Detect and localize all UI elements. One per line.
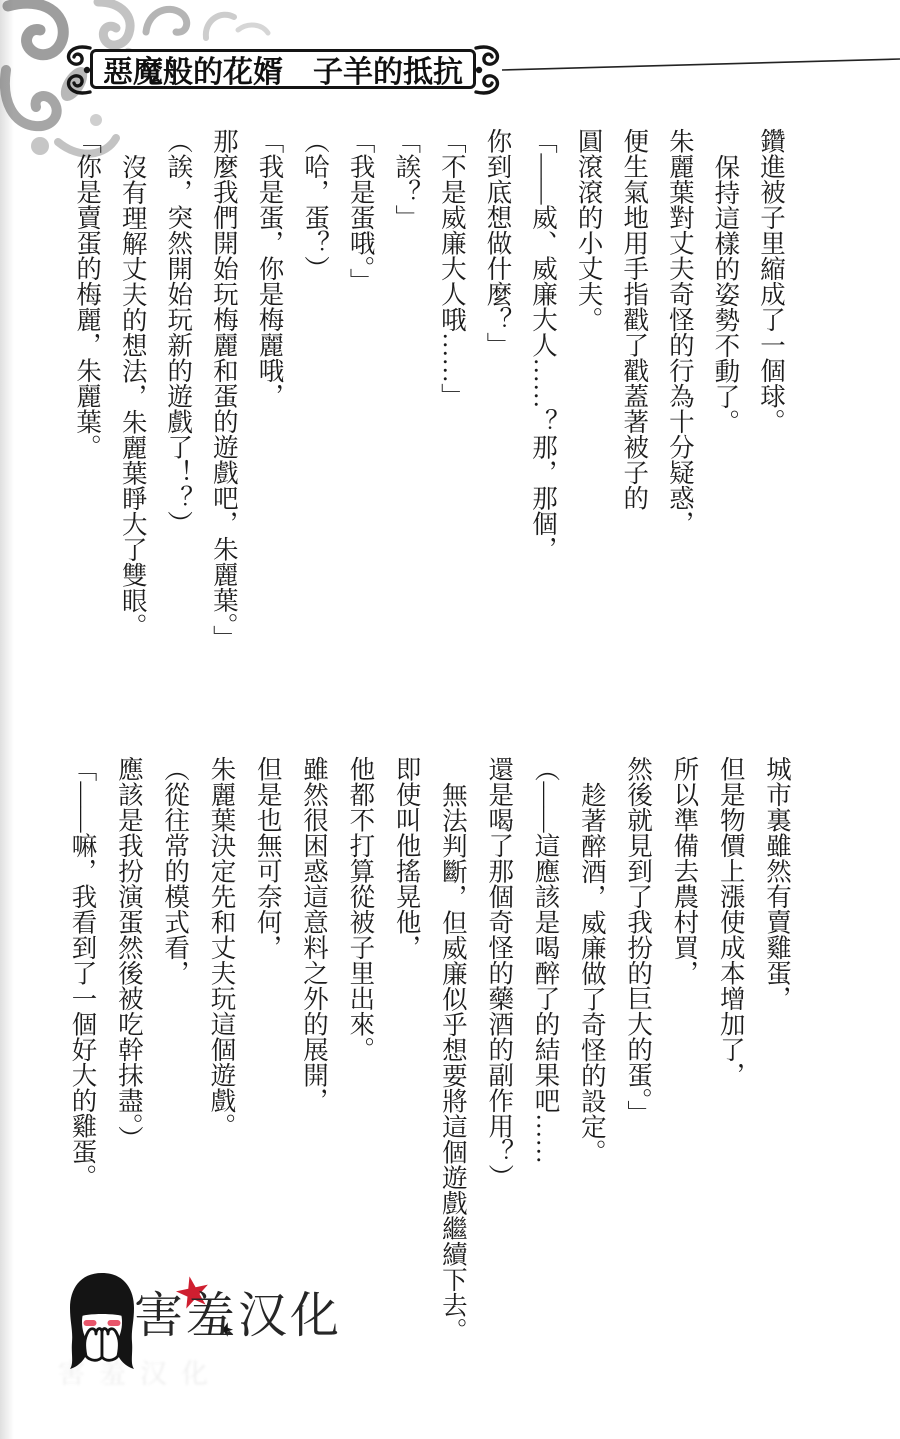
vertical-text-column: （從往常的模式看， xyxy=(152,756,198,1338)
vertical-text-column: 應該是我扮演蛋然後被吃幹抹盡。） xyxy=(106,756,152,1338)
vertical-text-column: 「——威、威廉大人……？那，那個， xyxy=(520,128,566,678)
chapter-title: 惡魔般的花婿 子羊的抵抗 xyxy=(103,47,463,91)
vertical-text-column: 朱麗葉對丈夫奇怪的行為十分疑惑， xyxy=(657,128,703,678)
vertical-text-column: 還是喝了那個奇怪的藥酒的副作用？） xyxy=(476,756,522,1338)
vertical-text-column: （誒，突然開始玩新的遊戲了！？） xyxy=(156,128,202,678)
vertical-text-column: 「不是威廉大人哦……」 xyxy=(429,128,475,678)
title-banner: 惡魔般的花婿 子羊的抵抗 xyxy=(90,49,476,89)
vertical-text-column: 沒有理解丈夫的想法，朱麗葉睜大了雙眼。 xyxy=(110,128,156,678)
header-rule-line xyxy=(500,52,900,76)
text-block-lower: 城市裏雖然有賣雞蛋，但是物價上漲使成本增加了，所以準備去農村買，然後就見到了我扮… xyxy=(59,756,800,1338)
banner-scroll-ornament-left xyxy=(62,43,92,97)
vertical-text-column: （哈，蛋？） xyxy=(292,128,338,678)
page: 惡魔般的花婿 子羊的抵抗 鑽進被子里縮成了一個球。保持這樣的姿勢不動了。朱麗葉對… xyxy=(0,0,900,1439)
page-edge-shadow xyxy=(0,0,14,1439)
vertical-text-column: 「我是蛋哦。」 xyxy=(338,128,384,678)
scanned-novel-page: { "header": { "title": "惡魔般的花婿 子羊的抵抗" },… xyxy=(0,0,900,1439)
translation-group-name: 害羞汉化 xyxy=(134,1292,342,1341)
vertical-text-column: 保持這樣的姿勢不動了。 xyxy=(703,128,749,678)
vertical-text-column: 圓滾滾的小丈夫。 xyxy=(566,128,612,678)
vertical-text-column: 你到底想做什麼？」 xyxy=(475,128,521,678)
text-block-upper: 鑽進被子里縮成了一個球。保持這樣的姿勢不動了。朱麗葉對丈夫奇怪的行為十分疑惑，便… xyxy=(65,128,795,678)
shy-girl-mascot-icon xyxy=(64,1270,140,1372)
vertical-text-column: 但是物價上漲使成本增加了， xyxy=(707,756,753,1338)
vertical-text-column: 他都不打算從被子里出來。 xyxy=(337,756,383,1338)
vertical-text-column: 所以準備去農村買， xyxy=(661,756,707,1338)
vertical-text-column: （——這應該是喝醉了的結果吧…… xyxy=(522,756,568,1338)
vertical-text-column: 然後就見到了我扮的巨大的蛋。」 xyxy=(615,756,661,1338)
vertical-text-column: 趁著醉酒，威廉做了奇怪的設定。 xyxy=(569,756,615,1338)
vertical-text-column: 城市裏雖然有賣雞蛋， xyxy=(754,756,800,1338)
banner-scroll-ornament-right xyxy=(474,43,504,97)
vertical-text-column: 雖然很困惑這意料之外的展開， xyxy=(291,756,337,1338)
vertical-text-column: 朱麗葉決定先和丈夫玩這個遊戲。 xyxy=(198,756,244,1338)
mascot-blush-right xyxy=(108,1320,121,1326)
vertical-text-column: 那麼我們開始玩梅麗和蛋的遊戲吧，朱麗葉。」 xyxy=(201,128,247,678)
vertical-text-column: 即使叫他搖晃他， xyxy=(383,756,429,1338)
vertical-text-column: 「你是賣蛋的梅麗，朱麗葉。 xyxy=(65,128,111,678)
vertical-text-column: 「誒？」 xyxy=(384,128,430,678)
mascot-blush-left xyxy=(84,1320,97,1326)
vertical-text-column: 「——嘛，我看到了一個好大的雞蛋。 xyxy=(59,756,105,1338)
vertical-text-column: 「我是蛋，你是梅麗哦， xyxy=(247,128,293,678)
vertical-text-column: 便生氣地用手指戳了戳蓋著被子的 xyxy=(612,128,658,678)
vertical-text-column: 鑽進被子里縮成了一個球。 xyxy=(748,128,794,678)
mascot-hands xyxy=(85,1329,120,1361)
vertical-text-column: 但是也無可奈何， xyxy=(244,756,290,1338)
vertical-text-column: 無法判斷，但威廉似乎想要將這個遊戲繼續下去。 xyxy=(430,756,476,1338)
